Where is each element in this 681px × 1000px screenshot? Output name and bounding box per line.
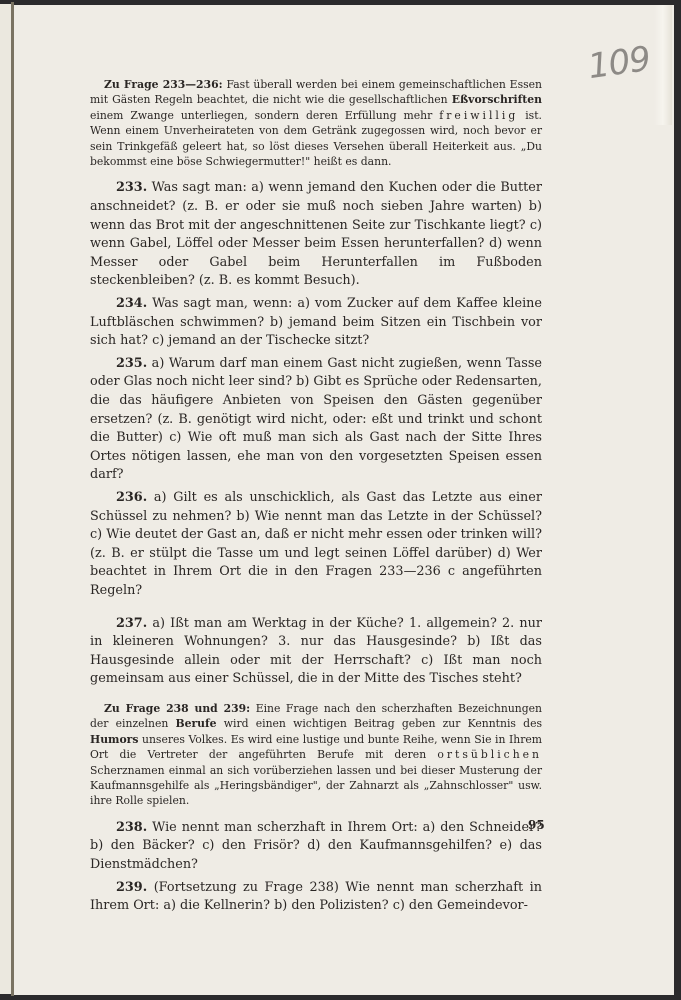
- bold-term: Eßvorschriften: [452, 93, 542, 106]
- question-number: 238.: [116, 820, 147, 835]
- question-number: 233.: [116, 180, 147, 195]
- question-239: 239. (Fortsetzung zu Frage 238) Wie nenn…: [90, 879, 542, 916]
- question-number: 239.: [116, 880, 147, 895]
- facing-page-edge: [0, 4, 11, 994]
- spaced-term: freiwillig: [439, 109, 518, 122]
- question-235: 235. a) Warum darf man einem Gast nicht …: [90, 355, 542, 485]
- note-lead: Zu Frage 233—236:: [104, 78, 223, 91]
- question-number: 235.: [116, 356, 147, 371]
- page-number: 95: [528, 818, 545, 832]
- note-lead: Zu Frage 238 und 239:: [104, 702, 250, 715]
- bold-term: Humors: [90, 733, 138, 746]
- page-edge-fold: [654, 5, 672, 125]
- question-number: 236.: [116, 490, 147, 505]
- question-238: 238. Wie nennt man scherzhaft in Ihrem O…: [90, 819, 542, 875]
- page-content: Zu Frage 233—236: Fast überall werden be…: [90, 77, 542, 920]
- note-questions-233-236: Zu Frage 233—236: Fast überall werden be…: [90, 77, 542, 169]
- bold-term: Berufe: [176, 717, 217, 730]
- question-number: 234.: [116, 296, 147, 311]
- handwritten-folio-number: 109: [586, 39, 653, 87]
- question-233: 233. Was sagt man: a) wenn jemand den Ku…: [90, 179, 542, 291]
- question-234: 234. Was sagt man, wenn: a) vom Zucker a…: [90, 295, 542, 351]
- question-number: 237.: [116, 616, 147, 631]
- spaced-term: ortsüblichen: [437, 748, 542, 761]
- question-236: 236. a) Gilt es als unschicklich, als Ga…: [90, 489, 542, 601]
- note-questions-238-239: Zu Frage 238 und 239: Eine Frage nach de…: [90, 701, 542, 809]
- question-237: 237. a) Ißt man am Werktag in der Küche?…: [90, 615, 542, 689]
